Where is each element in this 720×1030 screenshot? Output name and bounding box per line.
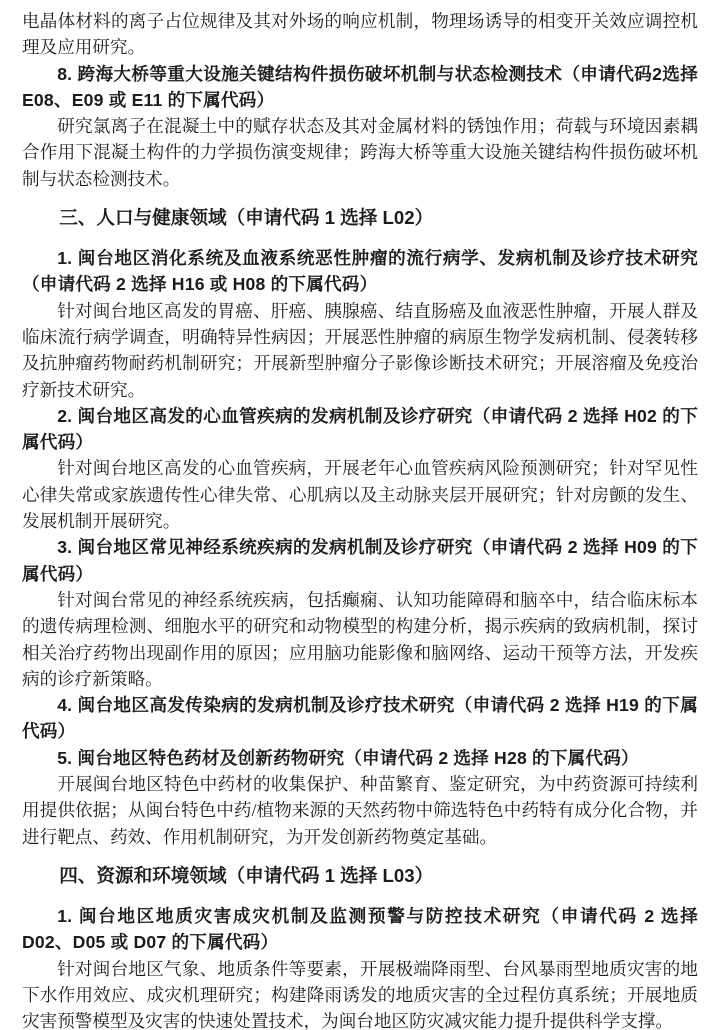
topic-heading-5-medicinal-materials: 5. 闽台地区特色药材及创新药物研究（申请代码 2 选择 H28 的下属代码） — [22, 745, 698, 771]
topic-heading-1-geological-hazards: 1. 闽台地区地质灾害成灾机制及监测预警与防控技术研究（申请代码 2 选择 D0… — [22, 903, 698, 956]
topic-heading-8-bridge-structures: 8. 跨海大桥等重大设施关键结构件损伤破坏机制与状态检测技术（申请代码2选择E0… — [22, 61, 698, 114]
paragraph-medicinal-materials-body: 开展闽台地区特色中药材的收集保护、种苗繁育、鉴定研究，为中药资源可持续利用提供依… — [22, 771, 698, 850]
paragraph-malignant-tumors-body: 针对闽台地区高发的胃癌、肝癌、胰腺癌、结直肠癌及血液恶性肿瘤，开展人群及临床流行… — [22, 298, 698, 403]
paragraph-continuation-ferroelectric: 电晶体材料的离子占位规律及其对外场的响应机制，物理场诱导的相变开关效应调控机理及… — [22, 8, 698, 61]
topic-heading-2-cardiovascular: 2. 闽台地区高发的心血管疾病的发病机制及诊疗研究（申请代码 2 选择 H02 … — [22, 403, 698, 456]
section-heading-3-population-health: 三、人口与健康领域（申请代码 1 选择 L02） — [22, 204, 698, 231]
document-page: 电晶体材料的离子占位规律及其对外场的响应机制，物理场诱导的相变开关效应调控机理及… — [0, 0, 720, 1030]
paragraph-cardiovascular-body: 针对闽台地区高发的心血管疾病，开展老年心血管疾病风险预测研究；针对罕见性心律失常… — [22, 455, 698, 534]
paragraph-bridge-structures-body: 研究氯离子在混凝土中的赋存状态及其对金属材料的锈蚀作用；荷载与环境因素耦合作用下… — [22, 113, 698, 192]
section-heading-4-resources-environment: 四、资源和环境领域（申请代码 1 选择 L03） — [22, 862, 698, 889]
topic-heading-3-nervous-system: 3. 闽台地区常见神经系统疾病的发病机制及诊疗研究（申请代码 2 选择 H09 … — [22, 534, 698, 587]
paragraph-geological-hazards-body: 针对闽台地区气象、地质条件等要素，开展极端降雨型、台风暴雨型地质灾害的地下水作用… — [22, 956, 698, 1030]
topic-heading-1-malignant-tumors: 1. 闽台地区消化系统及血液系统恶性肿瘤的流行病学、发病机制及诊疗技术研究（申请… — [22, 245, 698, 298]
paragraph-nervous-system-body: 针对闽台常见的神经系统疾病，包括癫痫、认知功能障碍和脑卒中，结合临床标本的遗传病… — [22, 587, 698, 692]
topic-heading-4-infectious-disease: 4. 闽台地区高发传染病的发病机制及诊疗技术研究（申请代码 2 选择 H19 的… — [22, 692, 698, 745]
